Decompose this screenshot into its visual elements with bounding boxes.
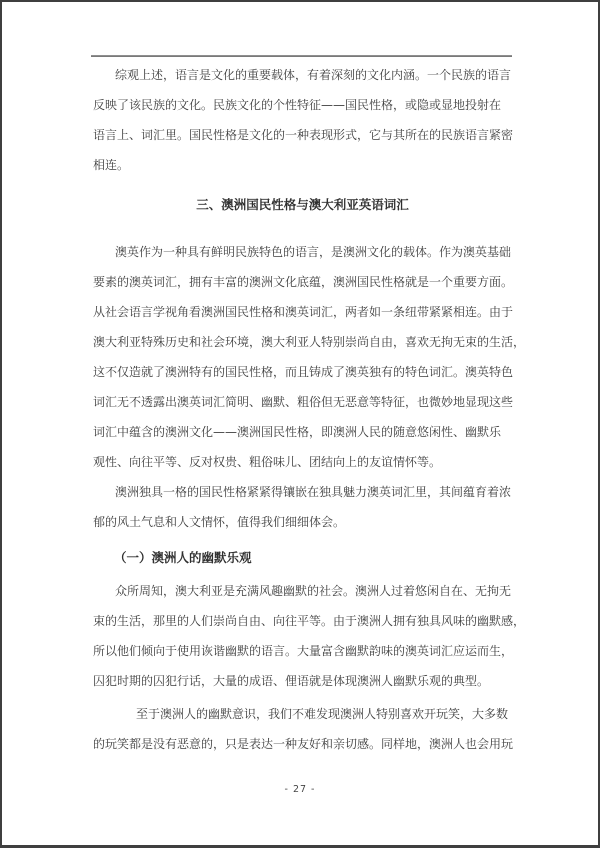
text-line: 郁的风土气息和人文情怀，值得我们细细体会。 bbox=[93, 507, 512, 537]
text-line: 至于澳洲人的幽默意识，我们不难发现澳洲人特别喜欢开玩笑，大多数 bbox=[93, 699, 512, 729]
header-rule bbox=[91, 55, 512, 57]
text-line: 相连。 bbox=[93, 150, 512, 180]
section-paragraph-main: 澳英作为一种具有鲜明民族特色的语言，是澳洲文化的载体。作为澳英基础要素的澳英词汇… bbox=[93, 237, 512, 477]
section-paragraph-summary: 澳洲独具一格的国民性格紧紧得镶嵌在独具魅力澳英词汇里，其间蕴育着浓郁的风土气息和… bbox=[93, 477, 512, 537]
text-line: 所以他们倾向于使用诙谐幽默的语言。大量富含幽默韵味的澳英词汇应运而生， bbox=[93, 636, 512, 666]
subsection-paragraph-1: 众所周知，澳大利亚是充满风趣幽默的社会。澳洲人过着悠闲自在、无拘无束的生活，那里… bbox=[93, 576, 512, 696]
text-line: 这不仅造就了澳洲特有的国民性格，而且铸成了澳英独有的特色词汇。澳英特色 bbox=[93, 357, 512, 387]
section-heading: 三、澳洲国民性格与澳大利亚英语词汇 bbox=[93, 190, 512, 220]
document-page: 综观上述，语言是文化的重要载体，有着深刻的文化内涵。一个民族的语言反映了该民族的… bbox=[0, 0, 600, 848]
text-line: 词汇中蕴含的澳洲文化——澳洲国民性格，即澳洲人民的随意悠闲性、幽默乐 bbox=[93, 417, 512, 447]
text-line: 众所周知，澳大利亚是充满风趣幽默的社会。澳洲人过着悠闲自在、无拘无 bbox=[93, 576, 512, 606]
text-line: 澳英作为一种具有鲜明民族特色的语言，是澳洲文化的载体。作为澳英基础 bbox=[93, 237, 512, 267]
text-line: 语言上、词汇里。国民性格是文化的一种表现形式，它与其所在的民族语言紧密 bbox=[93, 120, 512, 150]
text-line: 观性、向往平等、反对权贵、粗俗味儿、团结向上的友谊情怀等。 bbox=[93, 447, 512, 477]
text-line: 词汇无不透露出澳英词汇简明、幽默、粗俗但无恶意等特征，也微妙地显现这些 bbox=[93, 387, 512, 417]
text-line: 澳大利亚特殊历史和社会环境，澳大利亚人特别崇尚自由，喜欢无拘无束的生活， bbox=[93, 327, 512, 357]
subsection-paragraph-2: 至于澳洲人的幽默意识，我们不难发现澳洲人特别喜欢开玩笑，大多数的玩笑都是没有恶意… bbox=[93, 699, 512, 759]
text-line: 反映了该民族的文化。民族文化的个性特征——国民性格，或隐或显地投射在 bbox=[93, 90, 512, 120]
text-line: 从社会语言学视角看澳洲国民性格和澳英词汇，两者如一条纽带紧紧相连。由于 bbox=[93, 297, 512, 327]
page-number: - 27 - bbox=[2, 784, 598, 795]
text-line: 束的生活，那里的人们崇尚自由、向往平等。由于澳洲人拥有独具风味的幽默感， bbox=[93, 606, 512, 636]
text-line: 的玩笑都是没有恶意的，只是表达一种友好和亲切感。同样地，澳洲人也会用玩 bbox=[93, 729, 512, 759]
intro-paragraph: 综观上述，语言是文化的重要载体，有着深刻的文化内涵。一个民族的语言反映了该民族的… bbox=[93, 60, 512, 180]
text-line: 囚犯时期的囚犯行话，大量的成语、俚语就是体现澳洲人幽默乐观的典型。 bbox=[93, 666, 512, 696]
text-line: 澳洲独具一格的国民性格紧紧得镶嵌在独具魅力澳英词汇里，其间蕴育着浓 bbox=[93, 477, 512, 507]
text-line: 综观上述，语言是文化的重要载体，有着深刻的文化内涵。一个民族的语言 bbox=[93, 60, 512, 90]
text-line: 要素的澳英词汇，拥有丰富的澳洲文化底蕴，澳洲国民性格就是一个重要方面。 bbox=[93, 267, 512, 297]
subsection-heading: （一）澳洲人的幽默乐观 bbox=[93, 543, 533, 573]
